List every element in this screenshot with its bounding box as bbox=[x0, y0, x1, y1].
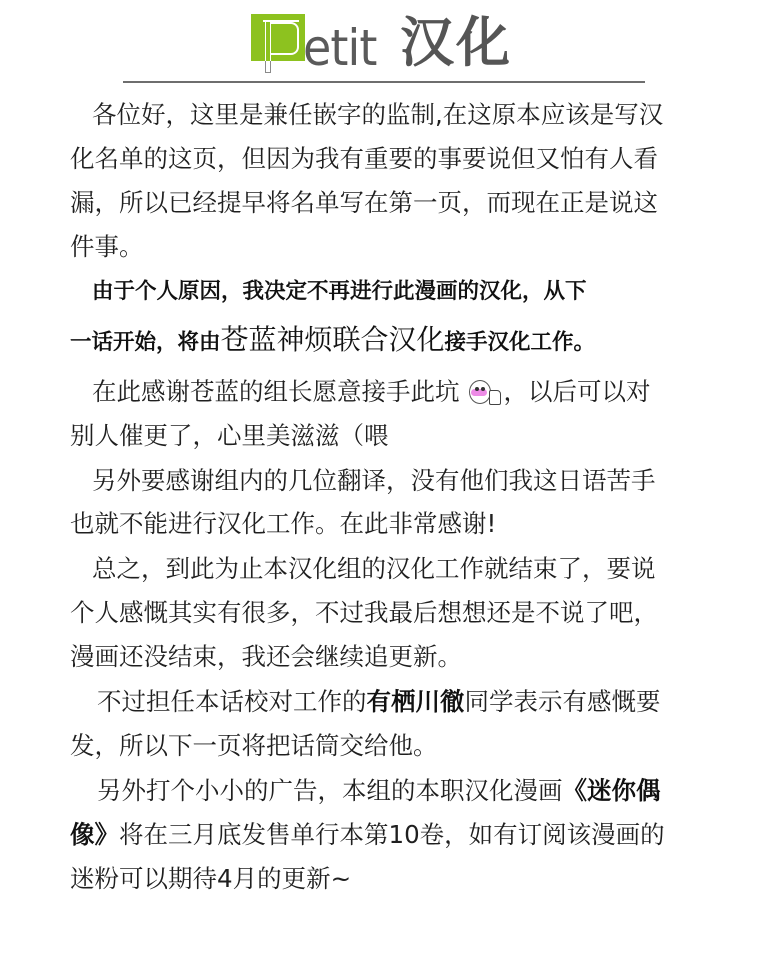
header-divider bbox=[123, 81, 645, 83]
p7-line-2-suffix: 将在三月底发售单行本第10卷，如有订阅该漫画的 bbox=[119, 820, 665, 849]
p6-line-2: 发，所以下一页将把话筒交给他。 bbox=[70, 731, 438, 761]
p6-line-1: 不过担任本话校对工作的有栖川徹同学表示有感慨要 bbox=[97, 687, 661, 717]
p7-line-2: 像》将在三月底发售单行本第10卷，如有订阅该漫画的 bbox=[70, 820, 665, 850]
proofreader-name: 有栖川徹 bbox=[367, 687, 465, 716]
thumbs-up-face-icon bbox=[468, 379, 502, 407]
p1-line-2: 化名单的这页，但因为我有重要的事要说但又怕有人看 bbox=[70, 144, 658, 174]
p2-line-2: 一话开始，将由苍蓝神烦联合汉化接手汉化工作。 bbox=[70, 325, 595, 358]
p2-line-2-suffix: 接手汉化工作。 bbox=[445, 330, 596, 355]
group-logo: etit 汉化 bbox=[0, 0, 764, 90]
p2-line-1: 由于个人原因，我决定不再进行此漫画的汉化，从下 bbox=[92, 277, 587, 307]
p4-line-2: 也就不能进行汉化工作。在此非常感谢! bbox=[70, 509, 496, 539]
p1-line-1: 各位好，这里是兼任嵌字的监制,在这原本应该是写汉 bbox=[92, 100, 663, 130]
logo-latin-text: etit bbox=[303, 18, 376, 78]
p3-line-1-prefix: 在此感谢苍蓝的组长愿意接手此坑 bbox=[92, 377, 460, 406]
p2-line-2-prefix: 一话开始，将由 bbox=[70, 330, 221, 355]
manga-title-start: 《迷你偶 bbox=[563, 776, 661, 805]
p3-line-1-suffix: ，以后可以对 bbox=[504, 377, 651, 406]
logo-p-bowl bbox=[271, 22, 299, 55]
p5-line-1: 总之，到此为止本汉化组的汉化工作就结束了，要说 bbox=[92, 554, 656, 584]
p6-line-1-suffix: 同学表示有感慨要 bbox=[465, 687, 661, 716]
p5-line-2: 个人感慨其实有很多，不过我最后想想还是不说了吧， bbox=[70, 598, 658, 628]
p7-line-3: 迷粉可以期待4月的更新~ bbox=[70, 864, 351, 894]
p6-line-1-prefix: 不过担任本话校对工作的 bbox=[97, 687, 367, 716]
logo-cjk-text: 汉化 bbox=[400, 10, 512, 76]
p3-line-1: 在此感谢苍蓝的组长愿意接手此坑，以后可以对 bbox=[92, 377, 651, 407]
manga-title-end: 像》 bbox=[70, 820, 119, 849]
logo-p-stem-extension bbox=[265, 61, 271, 73]
successor-group-name: 苍蓝神烦联合汉化 bbox=[221, 323, 445, 356]
p1-line-3: 漏，所以已经提早将名单写在第一页，而现在正是说这 bbox=[70, 188, 658, 218]
p7-line-1: 另外打个小小的广告，本组的本职汉化漫画《迷你偶 bbox=[97, 776, 661, 806]
p7-line-1-prefix: 另外打个小小的广告，本组的本职汉化漫画 bbox=[97, 776, 563, 805]
p5-line-3: 漫画还没结束，我还会继续追更新。 bbox=[70, 642, 462, 672]
p3-line-2: 别人催更了，心里美滋滋（喂 bbox=[70, 421, 389, 451]
p1-line-4: 件事。 bbox=[70, 232, 144, 262]
p4-line-1: 另外要感谢组内的几位翻译，没有他们我这日语苦手 bbox=[92, 466, 656, 496]
